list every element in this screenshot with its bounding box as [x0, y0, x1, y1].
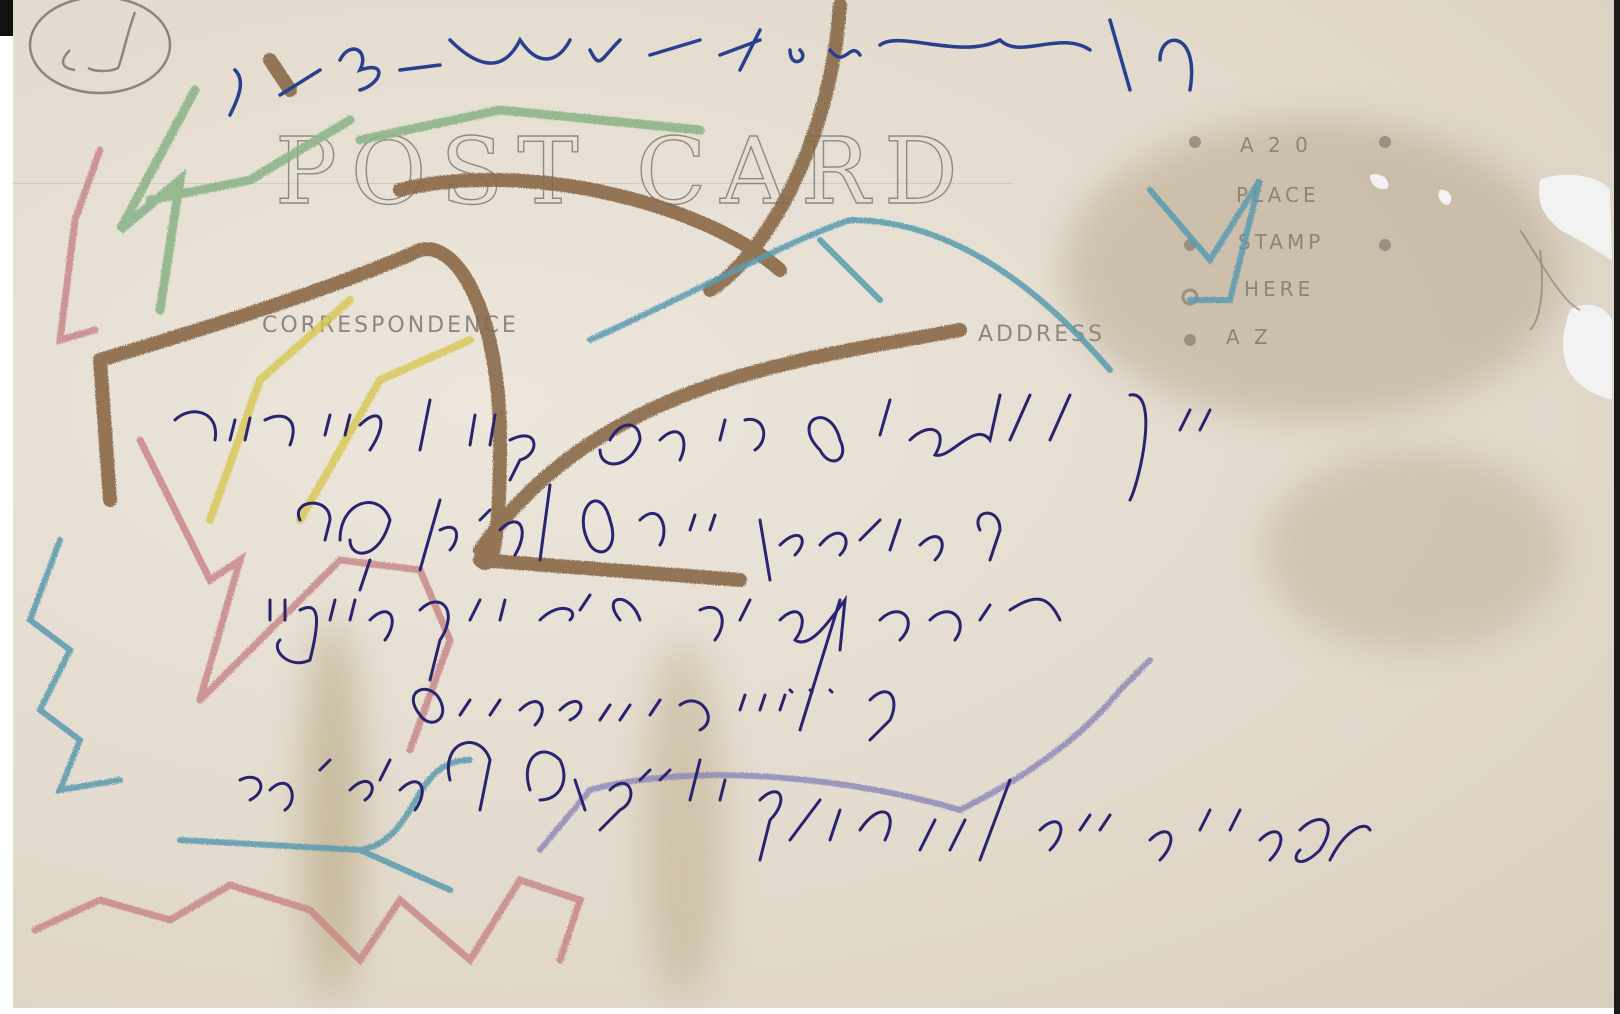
- drawings-layer: [0, 0, 1620, 1014]
- brown-crayon-drawing: [100, 5, 960, 580]
- stamp-box-dots: [1183, 136, 1391, 346]
- circled-pencil-mark: [30, 0, 170, 93]
- paper-damage: [1370, 174, 1612, 400]
- yellow-crayon-scribble: [210, 300, 470, 520]
- blue-crayon-scribble: [30, 180, 1260, 890]
